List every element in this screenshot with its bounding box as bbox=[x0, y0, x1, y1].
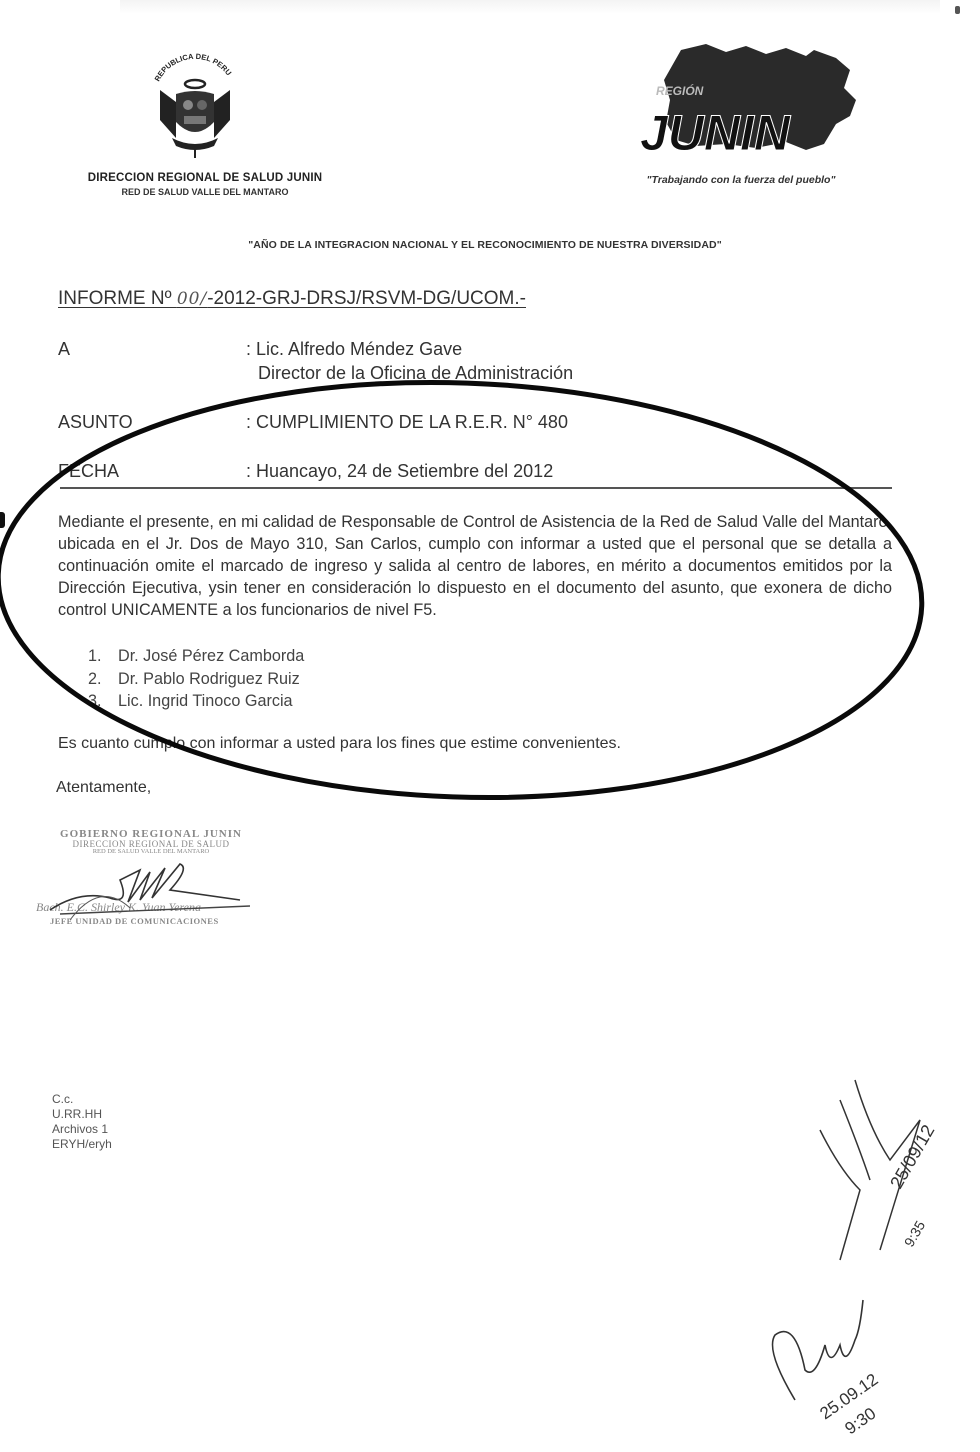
svg-text:9:35: 9:35 bbox=[901, 1218, 929, 1250]
to-label: A bbox=[58, 339, 70, 360]
handwritten-initials-icon: 25.09.12 9:30 bbox=[755, 1290, 925, 1440]
subject-label: ASUNTO bbox=[58, 412, 133, 433]
list-item: 1.Dr. José Pérez Camborda bbox=[88, 645, 304, 668]
divider bbox=[60, 487, 892, 489]
to-title: Director de la Oficina de Administración bbox=[258, 363, 573, 384]
list-item: 3.Lic. Ingrid Tinoco Garcia bbox=[88, 690, 304, 713]
scan-mark bbox=[955, 6, 960, 14]
date-label: FECHA bbox=[58, 461, 119, 482]
hand-drawn-circle-annotation bbox=[0, 0, 980, 1452]
personnel-list: 1.Dr. José Pérez Camborda 2.Dr. Pablo Ro… bbox=[88, 645, 304, 713]
signature-icon bbox=[40, 850, 280, 930]
report-handwritten-number: 00/ bbox=[177, 289, 207, 309]
to-name: : Lic. Alfredo Méndez Gave bbox=[246, 339, 462, 360]
scan-smudge bbox=[120, 0, 940, 14]
subject-value: : CUMPLIMIENTO DE LA R.E.R. N° 480 bbox=[246, 412, 568, 433]
carbon-copy: C.c. U.RR.HH Archivos 1 ERYH/eryh bbox=[52, 1092, 112, 1152]
closing-sentence: Es cuanto cumplo con informar a usted pa… bbox=[58, 735, 621, 753]
svg-text:25/09/12: 25/09/12 bbox=[886, 1121, 938, 1192]
regards: Atentamente, bbox=[56, 779, 151, 797]
slogan: "Trabajando con la fuerza del pueblo" bbox=[606, 174, 876, 186]
date-value: : Huancayo, 24 de Setiembre del 2012 bbox=[246, 461, 553, 482]
svg-text:25.09.12: 25.09.12 bbox=[816, 1370, 881, 1424]
coat-of-arms-icon: REPUBLICA DEL PERU bbox=[142, 50, 248, 162]
svg-text:9:30: 9:30 bbox=[841, 1404, 879, 1439]
report-prefix: INFORME Nº bbox=[58, 288, 177, 309]
list-item: 2.Dr. Pablo Rodriguez Ruiz bbox=[88, 668, 304, 691]
svg-text:JUNIN: JUNIN bbox=[640, 105, 791, 160]
svg-text:REPUBLICA DEL PERU: REPUBLICA DEL PERU bbox=[153, 52, 234, 83]
handwritten-initials-icon: 25/09/12 9:35 bbox=[800, 1070, 970, 1270]
organization-subtitle: RED DE SALUD VALLE DEL MANTARO bbox=[55, 187, 355, 197]
organization-name: DIRECCION REGIONAL DE SALUD JUNIN bbox=[55, 172, 355, 184]
year-motto: "AÑO DE LA INTEGRACION NACIONAL Y EL REC… bbox=[150, 239, 820, 251]
report-number: INFORME Nº 00/-2012-GRJ-DRSJ/RSVM-DG/UCO… bbox=[58, 288, 526, 310]
scan-mark bbox=[0, 512, 5, 528]
report-suffix: -2012-GRJ-DRSJ/RSVM-DG/UCOM.- bbox=[207, 288, 526, 309]
svg-text:REGIÓN: REGIÓN bbox=[656, 83, 704, 98]
region-junin-logo-icon: REGIÓN JUNIN bbox=[636, 40, 866, 160]
body-paragraph: Mediante el presente, en mi calidad de R… bbox=[58, 511, 892, 621]
